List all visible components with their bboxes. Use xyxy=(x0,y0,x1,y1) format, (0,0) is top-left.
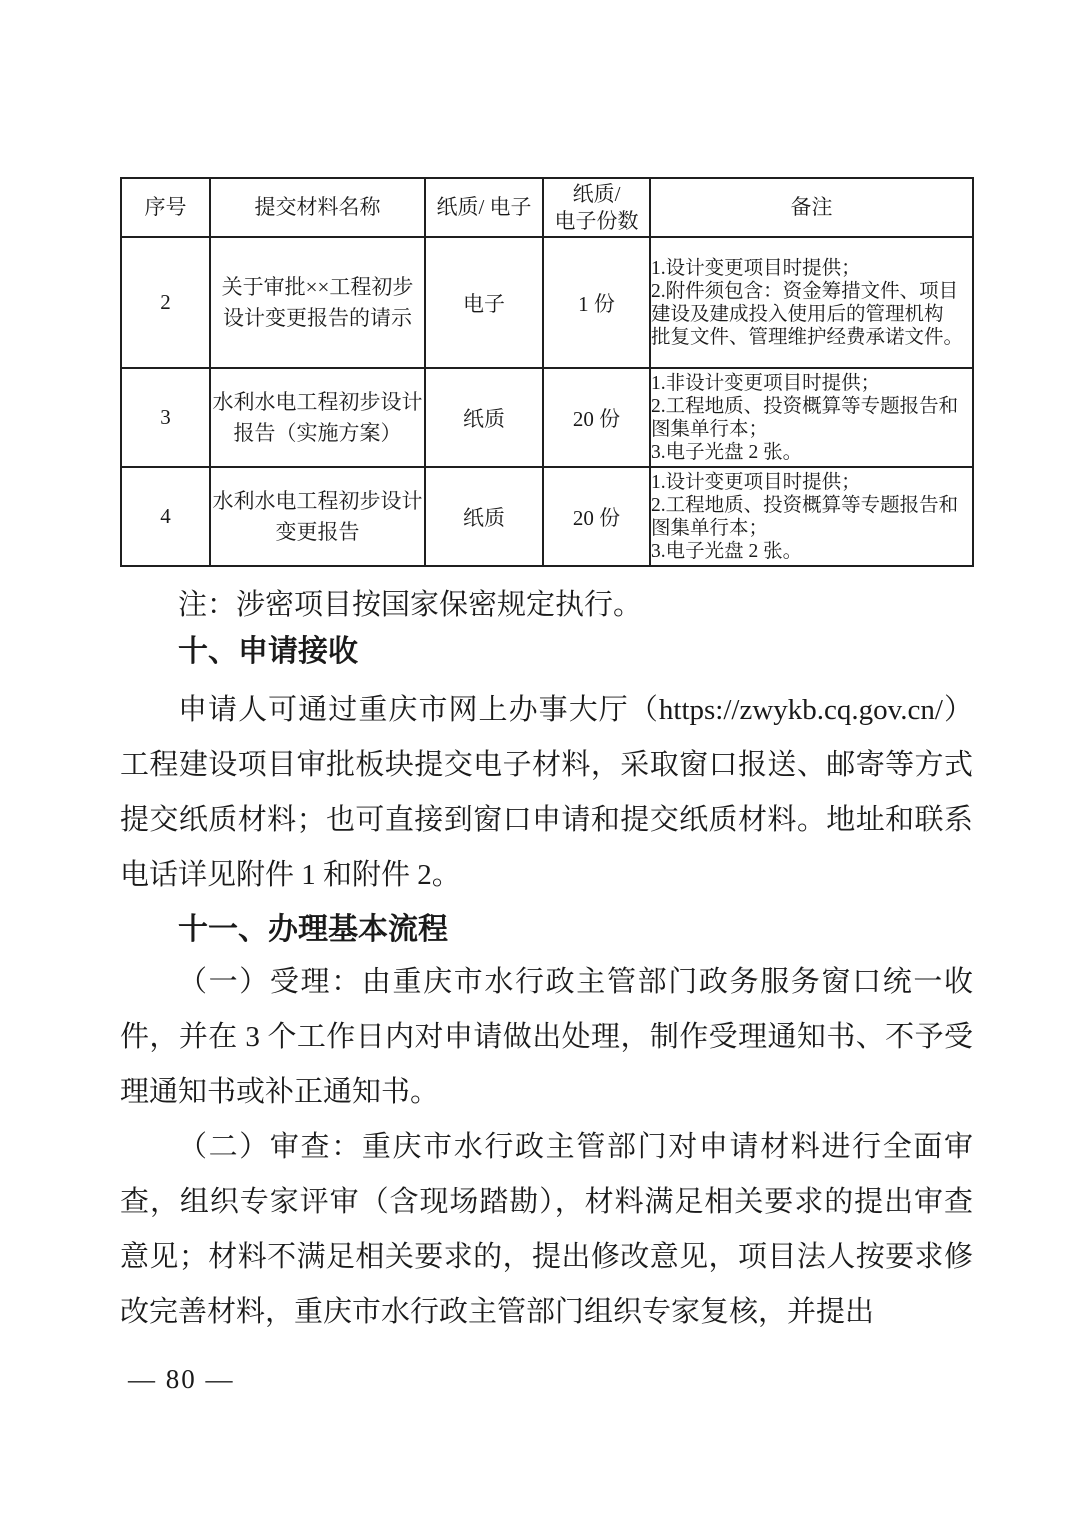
table-row: 4 水利水电工程初步设计 变更报告 纸质 20 份 1.设计变更项目时提供； 2… xyxy=(121,467,973,566)
table-header-row: 序号 提交材料名称 纸质/ 电子 纸质/ 电子份数 备注 xyxy=(121,178,973,237)
remark-line: 2.工程地质、投资概算等专题报告和 xyxy=(651,395,972,418)
remark-line: 3.电子光盘 2 张。 xyxy=(651,540,972,563)
remark-line: 1.设计变更项目时提供； xyxy=(651,471,972,494)
table-row: 3 水利水电工程初步设计 报告（实施方案） 纸质 20 份 1.非设计变更项目时… xyxy=(121,368,973,467)
section-10-paragraph: 申请人可通过重庆市网上办事大厅（https://zwykb.cq.gov.cn/… xyxy=(120,683,973,903)
cell-serial-number: 2 xyxy=(121,237,210,368)
paragraph-acceptance: （一）受理：由重庆市水行政主管部门政务服务窗口统一收件，并在 3 个工作日内对申… xyxy=(120,955,973,1120)
cell-medium: 电子 xyxy=(425,237,543,368)
remark-line: 建设及建成投入使用后的管理机构 xyxy=(651,303,972,326)
paragraph-review: （二）审查：重庆市水行政主管部门对申请材料进行全面审查，组织专家评审（含现场踏勘… xyxy=(120,1120,973,1340)
page-number: — 80 — xyxy=(128,1364,235,1395)
cell-medium: 纸质 xyxy=(425,368,543,467)
remark-line: 2.附件须包含：资金筹措文件、项目 xyxy=(651,280,972,303)
section-10-heading: 十、申请接收 xyxy=(120,631,973,673)
remark-line: 1.设计变更项目时提供； xyxy=(651,257,972,280)
cell-serial-number: 4 xyxy=(121,467,210,566)
cell-medium: 纸质 xyxy=(425,467,543,566)
header-copies: 纸质/ 电子份数 xyxy=(543,178,650,237)
cell-copies: 20 份 xyxy=(543,467,650,566)
document-page: { "page": { "background": "#ffffff", "te… xyxy=(0,0,1075,1519)
remark-line: 1.非设计变更项目时提供； xyxy=(651,372,972,395)
cell-material-name: 水利水电工程初步设计 报告（实施方案） xyxy=(210,368,425,467)
header-material-name: 提交材料名称 xyxy=(210,178,425,237)
remark-line: 2.工程地质、投资概算等专题报告和 xyxy=(651,494,972,517)
cell-remarks: 1.非设计变更项目时提供； 2.工程地质、投资概算等专题报告和 图集单行本； 3… xyxy=(650,368,973,467)
header-paper-or-electronic: 纸质/ 电子 xyxy=(425,178,543,237)
materials-table: 序号 提交材料名称 纸质/ 电子 纸质/ 电子份数 备注 2 关于审批××工程初… xyxy=(120,177,974,567)
remark-line: 批复文件、管理维护经费承诺文件。 xyxy=(651,326,972,349)
cell-remarks: 1.设计变更项目时提供； 2.附件须包含：资金筹措文件、项目 建设及建成投入使用… xyxy=(650,237,973,368)
remark-line: 3.电子光盘 2 张。 xyxy=(651,441,972,464)
cell-material-name: 关于审批××工程初步 设计变更报告的请示 xyxy=(210,237,425,368)
remark-line: 图集单行本； xyxy=(651,517,972,540)
cell-copies: 1 份 xyxy=(543,237,650,368)
table-row: 2 关于审批××工程初步 设计变更报告的请示 电子 1 份 1.设计变更项目时提… xyxy=(121,237,973,368)
secrecy-note: 注：涉密项目按国家保密规定执行。 xyxy=(120,585,973,625)
header-serial-number: 序号 xyxy=(121,178,210,237)
section-11-heading: 十一、办理基本流程 xyxy=(120,909,973,951)
remark-line: 图集单行本； xyxy=(651,418,972,441)
document-content: 序号 提交材料名称 纸质/ 电子 纸质/ 电子份数 备注 2 关于审批××工程初… xyxy=(120,177,973,1340)
cell-serial-number: 3 xyxy=(121,368,210,467)
cell-material-name: 水利水电工程初步设计 变更报告 xyxy=(210,467,425,566)
cell-remarks: 1.设计变更项目时提供； 2.工程地质、投资概算等专题报告和 图集单行本； 3.… xyxy=(650,467,973,566)
cell-copies: 20 份 xyxy=(543,368,650,467)
header-remarks: 备注 xyxy=(650,178,973,237)
